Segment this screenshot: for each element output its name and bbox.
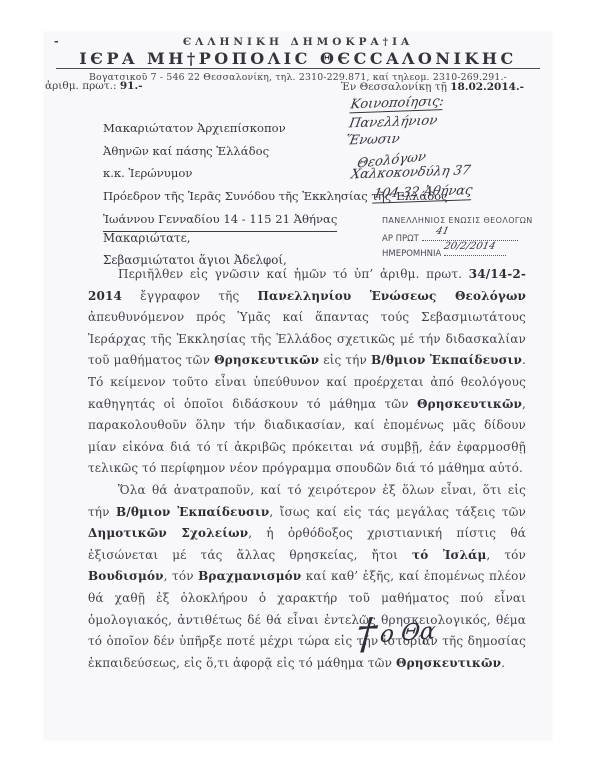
signature-cross-icon: † [355, 613, 379, 655]
handwritten-note-heading: Κοινοποίησις: [349, 94, 444, 113]
recipient-line: κ.κ. Ἱερώνυμον [103, 162, 448, 185]
letterhead-republic-line: ЄΛΛΗΝΙΚΗ ΔΗΜΟΚΡΑ†ΙΑ [44, 36, 552, 48]
stamp-protocol-dotted-line: 41 [422, 232, 518, 241]
stamp-date-label: ΗΜΕΡΟΜΗΝΙΑ [382, 249, 441, 259]
recipient-line: Ἀθηνῶν καί πάσης Ἑλλάδος [103, 140, 448, 163]
scanned-letter-screenshot: { "document": { "corner_mark": "-", "let… [0, 0, 600, 776]
body-paragraph: Περιῆλθεν εἰς γνῶσιν καί ἡμῶν τό ὑπ’ ἀρι… [88, 264, 526, 480]
stamp-date-row: ΗΜΕΡΟΜΗΝΙΑ 20/2/2014 [382, 247, 552, 259]
scanned-page: - ЄΛΛΗΝΙΚΗ ΔΗΜΟΚΡΑ†ΙΑ ΙЄΡΑ ΜΗ†ΡΟΠΟΛΙϹ ΘЄ… [44, 32, 552, 740]
stamp-date-dotted-line: 20/2/2014 [444, 247, 506, 256]
letterhead: ЄΛΛΗΝΙΚΗ ΔΗΜΟΚΡΑ†ΙΑ ΙЄΡΑ ΜΗ†ΡΟΠΟΛΙϹ ΘЄϹϹ… [44, 36, 552, 83]
recipient-line: Μακαριώτατον Ἀρχιεπίσκοπον [103, 117, 448, 140]
registry-stamp: ΠΑΝΕΛΛΗΝΙΟΣ ΕΝΩΣΙΣ ΘΕΟΛΟΓΩΝ ΑΡ ΠΡΩΤ 41 Η… [382, 216, 552, 259]
letter-body: Περιῆλθεν εἰς γνῶσιν καί ἡμῶν τό ὑπ’ ἀρι… [88, 264, 526, 674]
stamp-date-value: 20/2/2014 [443, 241, 497, 252]
recipient-line: Πρόεδρον τῆς Ἱερᾶς Συνόδου τῆς Ἐκκλησίας… [103, 185, 448, 208]
recipient-address: Ἰωάννου Γενναδίου 14 - 115 21 Ἀθήνας [103, 208, 337, 232]
stamp-organization: ΠΑΝΕΛΛΗΝΙΟΣ ΕΝΩΣΙΣ ΘΕΟΛΟΓΩΝ [382, 216, 552, 225]
stamp-protocol-value: 41 [434, 226, 449, 237]
salutation-primary: Μακαριώτατε, [103, 231, 190, 245]
letterhead-title: ΙЄΡΑ ΜΗ†ΡΟΠΟΛΙϹ ΘЄϹϹΑΛΟΝΙΚΗϹ [56, 49, 540, 68]
recipient-block: Μακαριώτατον Ἀρχιεπίσκοπον Ἀθηνῶν καί πά… [103, 117, 448, 232]
signature-initials: ο Θᾳ [379, 618, 437, 648]
letterhead-rule: ΙЄΡΑ ΜΗ†ΡΟΠΟΛΙϹ ΘЄϹϹΑΛΟΝΙΚΗϹ [56, 49, 540, 69]
protocol-number: ἀριθμ. πρωτ.: 91.- [45, 80, 143, 92]
signature: †ο Θᾳ [355, 609, 436, 654]
body-paragraph: Ὅλα θά ἀνατραποῦν, καί τό χειρότερον ἐξ … [88, 480, 526, 674]
stamp-protocol-label: ΑΡ ΠΡΩΤ [382, 234, 419, 244]
